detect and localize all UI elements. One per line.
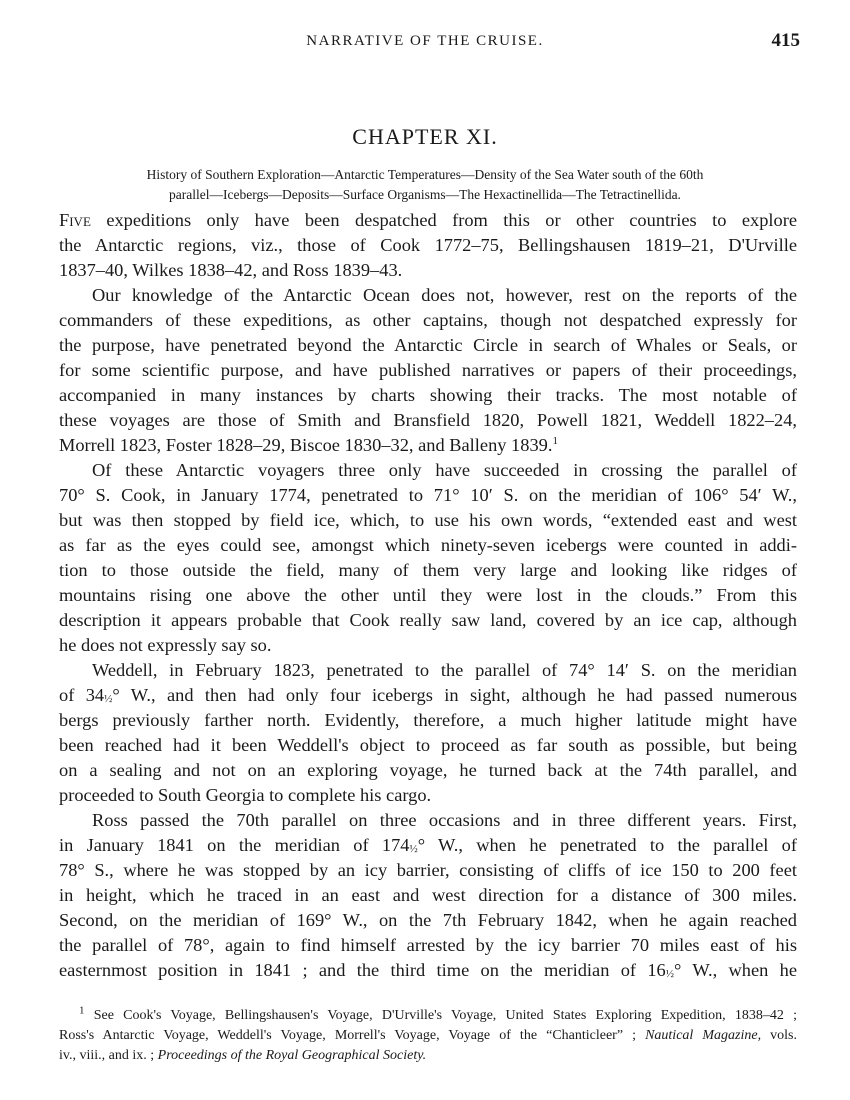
paragraph-2-line: for some scientific purpose, and have pu… (59, 358, 797, 383)
running-head: NARRATIVE OF THE CRUISE. 415 (0, 30, 850, 54)
footnotes: 1 See Cook's Voyage, Bellingshausen's Vo… (59, 1006, 797, 1066)
paragraph-4-line: proceeded to South Georgia to complete h… (59, 783, 797, 808)
paragraph-3-line: he does not expressly say so. (59, 633, 797, 658)
page-number: 415 (772, 30, 801, 52)
paragraph-4-line: on a sealing and not on an exploring voy… (59, 758, 797, 783)
footnote-line: 1 See Cook's Voyage, Bellingshausen's Vo… (59, 1006, 797, 1026)
paragraph-5-line: 78° S., where he was stopped by an icy b… (59, 858, 797, 883)
paragraph-5-line: Second, on the meridian of 169° W., on t… (59, 908, 797, 933)
paragraph-1-line: Five expeditions only have been despatch… (59, 208, 797, 233)
paragraph-3-line: mountains rising one above the other unt… (59, 583, 797, 608)
paragraph-4-line: of 34½° W., and then had only four icebe… (59, 683, 797, 708)
fraction: ½ (409, 843, 417, 855)
paragraph-3-line: as far as the eyes could see, amongst wh… (59, 533, 797, 558)
paragraph-2-line: commanders of these expeditions, as othe… (59, 308, 797, 333)
chapter-title: CHAPTER XI. (0, 124, 850, 150)
running-title: NARRATIVE OF THE CRUISE. (0, 33, 850, 50)
footnote-ref[interactable]: 1 (552, 435, 558, 447)
paragraph-5-line: in January 1841 on the meridian of 174½°… (59, 833, 797, 858)
paragraph-2-line: the purpose, have penetrated beyond the … (59, 333, 797, 358)
footnote-line: iv., viii., and ix. ; Proceedings of the… (59, 1046, 797, 1066)
fraction: ½ (666, 968, 674, 980)
paragraph-3-line: Of these Antarctic voyagers three only h… (59, 458, 797, 483)
chapter-summary-line: History of Southern Exploration—Antarcti… (60, 165, 790, 185)
footnote-line: Ross's Antarctic Voyage, Weddell's Voyag… (59, 1026, 797, 1046)
paragraph-5-line: easternmost position in 1841 ; and the t… (59, 958, 797, 983)
paragraph-4-line: bergs previously farther north. Evidentl… (59, 708, 797, 733)
paragraph-4-line: been reached had it been Weddell's objec… (59, 733, 797, 758)
paragraph-1-line: the Antarctic regions, viz., those of Co… (59, 233, 797, 258)
paragraph-2-line: accompanied in many instances by charts … (59, 383, 797, 408)
paragraph-1-line: 1837–40, Wilkes 1838–42, and Ross 1839–4… (59, 258, 797, 283)
paragraph-5-line: the parallel of 78°, again to find himse… (59, 933, 797, 958)
paragraph-5-line: Ross passed the 70th parallel on three o… (59, 808, 797, 833)
paragraph-4-line: Weddell, in February 1823, penetrated to… (59, 658, 797, 683)
paragraph-2-line: Morrell 1823, Foster 1828–29, Biscoe 183… (59, 433, 797, 458)
paragraph-2-line: these voyages are those of Smith and Bra… (59, 408, 797, 433)
paragraph-5-line: in height, which he traced in an east an… (59, 883, 797, 908)
body-text: Five expeditions only have been despatch… (59, 208, 797, 983)
paragraph-2-line: Our knowledge of the Antarctic Ocean doe… (59, 283, 797, 308)
dropcap-word: Five (59, 210, 91, 230)
paragraph-3-line: 70° S. Cook, in January 1774, penetrated… (59, 483, 797, 508)
paragraph-3-line: but was then stopped by field ice, which… (59, 508, 797, 533)
chapter-summary: History of Southern Exploration—Antarcti… (60, 165, 790, 205)
paragraph-3-line: description it appears probable that Coo… (59, 608, 797, 633)
paragraph-3-line: tion to those outside the field, many of… (59, 558, 797, 583)
chapter-summary-line: parallel—Icebergs—Deposits—Surface Organ… (60, 185, 790, 205)
